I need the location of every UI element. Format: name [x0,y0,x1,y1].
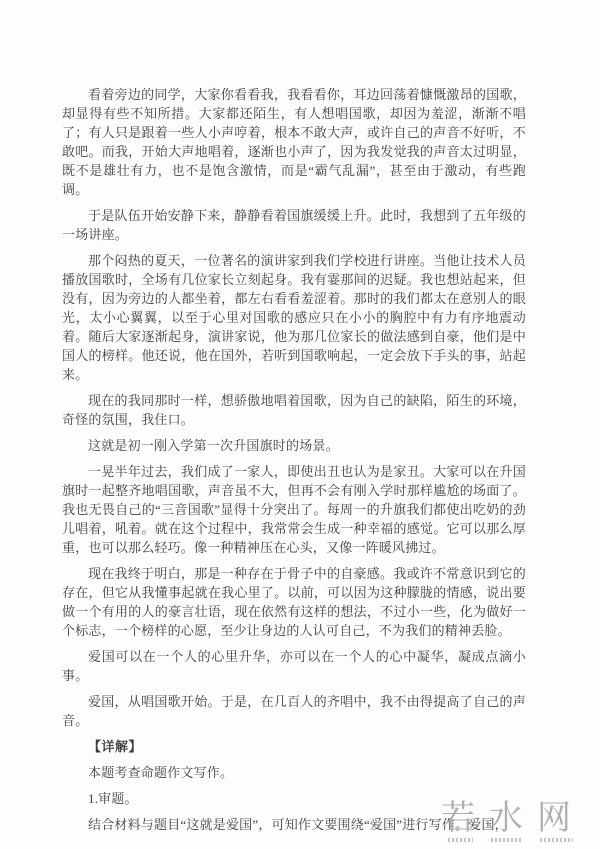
essay-body: 看着旁边的同学，大家你看看我，我看看你，耳边回荡着慷慨激昂的国歌，却显得有些不知… [62,85,526,841]
essay-paragraph: 现在我终于明白，那是一种存在于骨子中的自豪感。我或许不常意识到它的存在，但它从我… [62,564,526,640]
essay-paragraph: 爱国，从唱国歌开始。于是，在几百人的齐唱中，我不由得提高了自己的声音。 [62,692,526,730]
essay-paragraph: 于是队伍开始安静下来，静静看着国旗缓缓上升。此时，我想到了五年级的一场讲座。 [62,206,526,244]
analysis-paragraph: 本题考查命题作文写作。 [62,763,526,782]
watermark-subtext-bar [491,838,523,842]
watermark-logo-text: 若水网 [441,799,591,837]
document-page: 看着旁边的同学，大家你看看我，我看看你，耳边回荡着慷慨激昂的国歌，却显得有些不知… [0,0,600,849]
essay-paragraph: 一晃半年过去，我们成了一家人，即使出丑也认为是家丑。大家可以在升国旗时一起整齐地… [62,462,526,557]
essay-paragraph: 这就是初一刚入学第一次升国旗时的场景。 [62,436,526,455]
watermark-subtext-bar [448,838,473,842]
essay-paragraph: 爱国可以在一个人的心里升华，亦可以在一个人的心中凝华，凝成点滴小事。 [62,647,526,685]
detail-section-heading: 【详解】 [62,737,526,756]
watermark-subtext-bar [540,838,573,842]
watermark-subtext [441,838,591,844]
essay-paragraph: 现在的我同那时一样，想骄傲地唱着国歌，因为自己的缺陷，陌生的环境，奇怪的氛围，我… [62,391,526,429]
watermark: 若水网 [441,799,591,844]
essay-paragraph: 那个闷热的夏天，一位著名的演讲家到我们学校进行讲座。当他让技术人员播放国歌时，全… [62,251,526,384]
essay-paragraph: 看着旁边的同学，大家你看看我，我看看你，耳边回荡着慷慨激昂的国歌，却显得有些不知… [62,85,526,199]
